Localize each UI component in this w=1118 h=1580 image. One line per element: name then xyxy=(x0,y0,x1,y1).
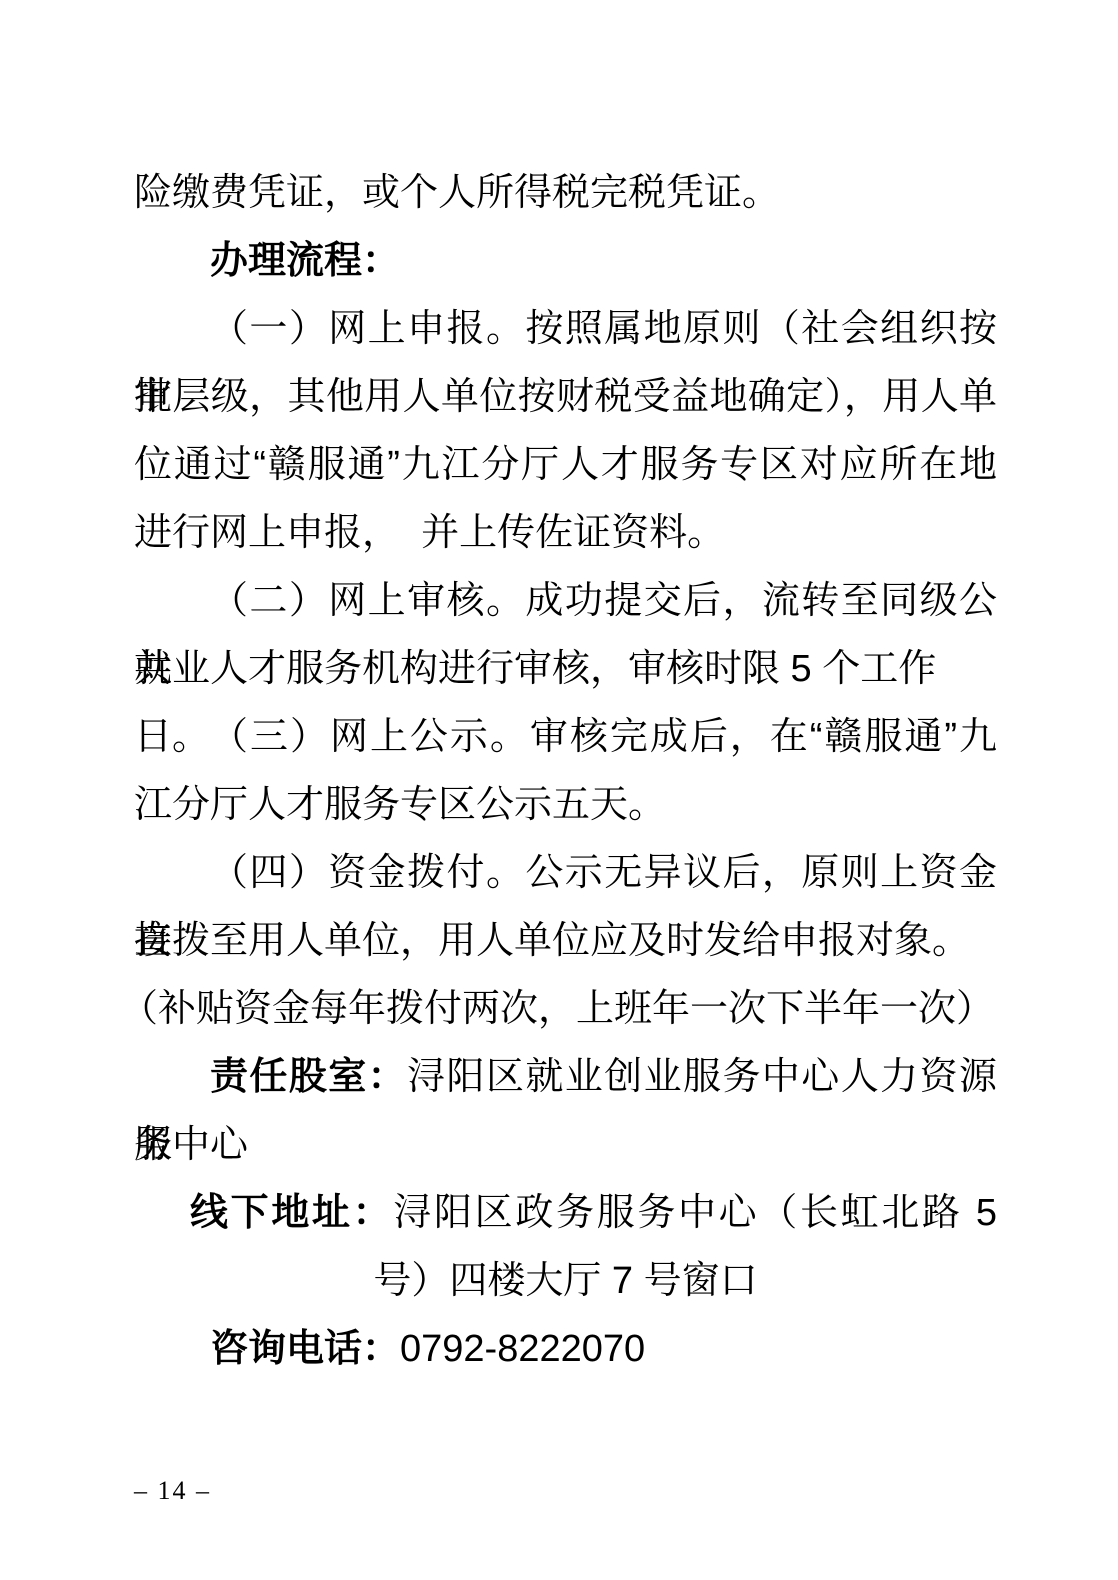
step-4-line-1: （四）资金拨付。公示无异议后，原则上资金直 xyxy=(134,839,997,907)
page-body: 险缴费凭证，或个人所得税完税凭证。 办理流程： （一）网上申报。按照属地原则（社… xyxy=(134,159,997,1383)
process-heading: 办理流程： xyxy=(134,227,997,295)
offline-address-line-2: 号）四楼大厅 7 号窗口 xyxy=(134,1247,997,1315)
document-page: 险缴费凭证，或个人所得税完税凭证。 办理流程： （一）网上申报。按照属地原则（社… xyxy=(0,0,1118,1580)
responsible-office-line-2: 务中心 xyxy=(134,1111,997,1179)
step-4-note-line: （补贴资金每年拨付两次，上班年一次下半年一次） xyxy=(134,975,997,1043)
step-1-line-2: 批层级，其他用人单位按财税受益地确定），用人单 xyxy=(134,363,997,431)
step-2-line-1: （二）网上审核。成功提交后，流转至同级公共 xyxy=(134,567,997,635)
step-1-line-4: 进行网上申报， 并上传佐证资料。 xyxy=(134,499,997,567)
step-4-line-2: 接拨至用人单位，用人单位应及时发给申报对象。 xyxy=(134,907,997,975)
step-2-line-2: 就业人才服务机构进行审核，审核时限 5 个工作日。 xyxy=(134,635,997,703)
page-number: – 14 – xyxy=(134,1478,211,1504)
offline-address-line-1: 线下地址：浔阳区政务服务中心（长虹北路 5 xyxy=(134,1179,997,1247)
phone-line: 咨询电话：0792-8222070 xyxy=(134,1315,997,1383)
continuation-line: 险缴费凭证，或个人所得税完税凭证。 xyxy=(134,159,997,227)
step-3-line-2: 江分厅人才服务专区公示五天。 xyxy=(134,771,997,839)
step-1-line-1: （一）网上申报。按照属地原则（社会组织按审 xyxy=(134,295,997,363)
step-1-line-3: 位通过“赣服通”九江分厅人才服务专区对应所在地 xyxy=(134,431,997,499)
step-3-line-1: （三）网上公示。审核完成后，在“赣服通”九 xyxy=(134,703,997,771)
responsible-office-line-1: 责任股室：浔阳区就业创业服务中心人力资源服 xyxy=(134,1043,997,1111)
